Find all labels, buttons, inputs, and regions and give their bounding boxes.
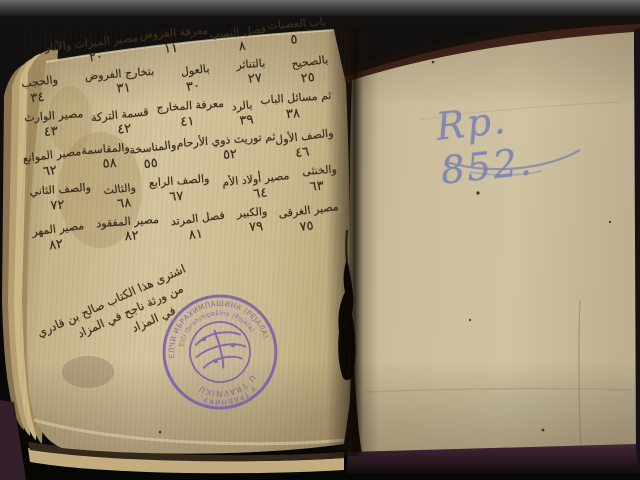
toc-entry-page-number: ١١ [163,39,178,57]
toc-entry-page-number: ٢٠ [88,47,104,65]
toc-entry: مصير الوارث٤٣ [24,107,85,141]
toc-entry-page-number: ٦٣ [309,177,324,195]
toc-entry: ثم توريث ذوي الأرحام٥٢ [176,130,277,167]
toc-entry: فصل النسب٨ [209,22,269,58]
toc-entry-page-number: ٧٥ [299,216,315,235]
toc-entry-page-number: ٢٧ [247,69,262,87]
toc-entry: مصير المهر٨٢ [31,219,87,255]
toc-entry-page-number: ٣١ [116,79,131,97]
toc-entry: والخنثى٦٣ [302,163,339,195]
toc-entry-page-number: ٣٠ [185,76,201,95]
toc-entry: بالصحيح٢٥ [291,53,331,87]
toc-entry-page-number: ٤٦ [294,142,310,161]
toc-entry-page-number: ٧٢ [50,196,65,214]
toc-entry-page-number: ٢٥ [300,68,316,87]
toc-entry-page-number: ٦٨ [117,193,133,211]
toc-entry: والثالث٦٨ [103,181,139,214]
toc-entry-page-number: ٦٤ [252,183,268,201]
gutter-shadow [326,28,378,456]
toc-entry: معرفة المخارج٤١ [156,97,226,132]
toc-entry-page-number: ٨٢ [48,235,64,254]
toc-entry: والمقاسمة٥٨ [81,141,132,174]
toc-entry-page-number: ٥٥ [143,154,159,173]
toc-entry-page-number: ٥٨ [102,154,117,172]
toc-entry: قسمة التركة٤٢ [90,105,151,141]
toc-entry: ثم مسائل الباب٣٨ [260,89,333,124]
toc-entry: بتخارج الفروض٣١ [84,65,155,100]
toc-entry: مصير أولاد الأم٦٤ [222,169,292,206]
toc-entry-page-number: ٧٩ [248,217,263,235]
toc-entry-page-number: ٤١ [180,112,195,130]
toc-entry: والصف الأول٤٦ [274,126,336,163]
toc-entry-label: والخنثى [302,163,337,179]
toc-entry: مصير الغرقى٧٥ [278,200,342,237]
toc-entry-page-number: ٤٣ [43,122,58,140]
toc-entry-page-number: ٣٨ [285,104,300,122]
toc-entry: والكبير٧٩ [236,205,269,237]
toc-entry-page-number: ٣٩ [239,110,255,128]
toc-entry-page-number: ٨٢ [124,226,139,244]
toc-entry: باب العصبات٥ [267,15,328,49]
toc-entry: والصف الرابع٦٧ [148,172,211,206]
toc-entry: مصير الموانع٦٢ [22,145,84,182]
toc-entry: فصل المرتد٨١ [170,209,228,246]
toc-entry: بالتناثر٢٧ [236,57,267,89]
toc-entry-page-number: ٦٧ [169,187,184,205]
photo-open-manuscript-book: ЕЛЧИ ИБРАХИМПАШИНА (РЕЈАЛА) Elči Ibrahim… [0,0,640,480]
catalog-mark: Rp. 852. [434,87,612,192]
toc-entry: مصير المفقود٨٢ [96,213,161,248]
toc-entry-page-number: ٤٢ [116,119,132,137]
toc-entry-page-number: ٥ [290,30,298,47]
toc-entry: مصير الميراث والآثار٢٠ [44,31,140,71]
toc-entry-page-number: ٥٢ [222,145,237,163]
toc-entry-page-number: ٦٢ [42,161,58,180]
toc-entry: معرفة الفروض١١ [139,24,210,59]
toc-entry: والمناسخة٥٥ [129,138,179,174]
toc-entry: بالرد٣٩ [231,98,255,130]
toc-entry: والحجب٣٤ [20,73,60,107]
toc-entry: بالعول٣٠ [180,62,212,95]
toc-entry-page-number: ٨١ [187,225,203,244]
toc-entry: والصف الثاني٧٢ [29,181,92,215]
toc-rows: باب العصبات٥فصل النسب٨معرفة الفروض١١مصير… [18,15,341,259]
toc-entry-page-number: ٨ [238,37,247,55]
toc-entry-page-number: ٣٤ [29,88,45,107]
